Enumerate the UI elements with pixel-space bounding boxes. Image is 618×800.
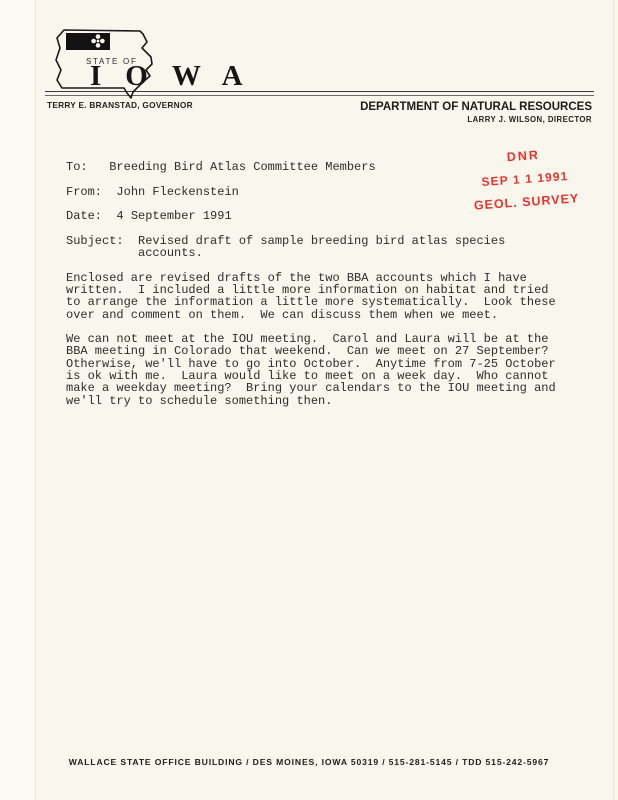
memo-field-date-label: Date: [66,209,102,223]
scan-fold-line-left [35,0,36,800]
memo-field-subject-gap [124,234,138,248]
governor-line: TERRY E. BRANSTAD, GOVERNOR [47,100,193,110]
memo-field-from-label: From: [66,185,102,199]
memo-field-to-value: Breeding Bird Atlas Committee Members [109,161,375,173]
memo-field-date: Date: 4 September 1991 [66,210,556,222]
memo-field-from-gap [102,185,116,199]
memo-body: To: Breeding Bird Atlas Committee Member… [66,161,556,419]
memo-field-subject-value: Revised draft of sample breeding bird at… [138,235,505,260]
scan-fold-line-right [613,0,614,800]
state-of-label: STATE OF [86,57,138,66]
memo-field-to: To: Breeding Bird Atlas Committee Member… [66,161,556,173]
memo-field-date-value: 4 September 1991 [116,210,231,222]
memo-field-subject: Subject: Revised draft of sample breedin… [66,235,556,260]
footer-address: WALLACE STATE OFFICE BUILDING / DES MOIN… [0,757,618,767]
memo-field-from-value: John Fleckenstein [116,186,238,198]
memo-paragraph-2: We can not meet at the IOU meeting. Caro… [66,333,556,407]
director-line: LARRY J. WILSON, DIRECTOR [467,115,592,124]
memo-paragraph-1: Enclosed are revised drafts of the two B… [66,272,556,321]
memo-field-subject-label: Subject: [66,234,124,248]
department-title: DEPARTMENT OF NATURAL RESOURCES [360,101,592,113]
scan-left-edge [0,0,35,800]
letter-page: IOWA STATE OF TERRY E. BRANSTAD, GOVERNO… [0,0,618,800]
memo-field-to-gap [88,160,110,174]
memo-field-to-label: To: [66,160,88,174]
memo-field-from: From: John Fleckenstein [66,186,556,198]
memo-field-date-gap [102,209,116,223]
